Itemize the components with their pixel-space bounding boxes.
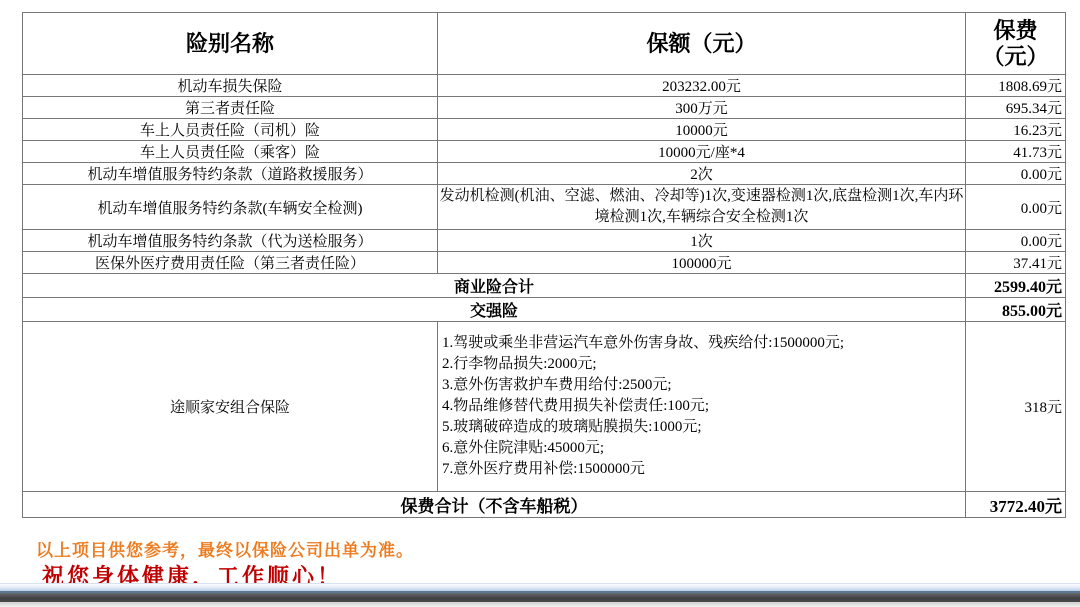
- benefit-item: 6.意外住院津贴:45000元;: [442, 438, 963, 459]
- combo-policy-premium: 318元: [966, 322, 1066, 492]
- risk-name: 车上人员责任险（司机）险: [23, 119, 438, 141]
- premium-value: 0.00元: [966, 185, 1066, 230]
- coverage-amount: 1次: [438, 230, 966, 252]
- premium-value: 37.41元: [966, 252, 1066, 274]
- compulsory-insurance-value: 855.00元: [966, 298, 1066, 322]
- benefit-item: 4.物品维修替代费用损失补偿责任:100元;: [442, 396, 963, 417]
- risk-name: 医保外医疗费用责任险（第三者责任险）: [23, 252, 438, 274]
- coverage-amount: 100000元: [438, 252, 966, 274]
- risk-name: 机动车增值服务特约条款(车辆安全检测): [23, 185, 438, 230]
- table-row: 机动车损失保险 203232.00元 1808.69元: [23, 75, 1066, 97]
- premium-value: 1808.69元: [966, 75, 1066, 97]
- header-risk-name: 险别名称: [23, 13, 438, 75]
- coverage-amount: 300万元: [438, 97, 966, 119]
- header-coverage-amount: 保额（元）: [438, 13, 966, 75]
- premium-value: 16.23元: [966, 119, 1066, 141]
- benefit-item: 3.意外伤害救护车费用给付:2500元;: [442, 375, 963, 396]
- combo-policy-name: 途顺家安组合保险: [23, 322, 438, 492]
- disclaimer-note: 以上项目供您参考，最终以保险公司出单为准。: [36, 536, 414, 561]
- benefit-item: 7.意外医疗费用补偿:1500000元: [442, 459, 963, 480]
- coverage-amount: 203232.00元: [438, 75, 966, 97]
- risk-name: 第三者责任险: [23, 97, 438, 119]
- commercial-subtotal-label: 商业险合计: [23, 274, 966, 298]
- bottom-strip: [0, 602, 1080, 607]
- benefit-item: 1.驾驶或乘坐非营运汽车意外伤害身故、残疾给付:1500000元;: [442, 333, 963, 354]
- compulsory-insurance-row: 交强险 855.00元: [23, 298, 1066, 322]
- risk-name: 车上人员责任险（乘客）险: [23, 141, 438, 163]
- table-row: 车上人员责任险（乘客）险 10000元/座*4 41.73元: [23, 141, 1066, 163]
- coverage-amount: 发动机检测(机油、空滤、燃油、冷却等)1次,变速器检测1次,底盘检测1次,车内环…: [438, 185, 966, 230]
- benefit-item: 5.玻璃破碎造成的玻璃贴膜损失:1000元;: [442, 417, 963, 438]
- commercial-subtotal-row: 商业险合计 2599.40元: [23, 274, 1066, 298]
- table-row: 第三者责任险 300万元 695.34元: [23, 97, 1066, 119]
- combo-policy-benefits: 1.驾驶或乘坐非营运汽车意外伤害身故、残疾给付:1500000元; 2.行李物品…: [438, 322, 966, 492]
- header-premium-line1: 保费: [993, 18, 1037, 43]
- risk-name: 机动车增值服务特约条款（代为送检服务）: [23, 230, 438, 252]
- table-row: 车上人员责任险（司机）险 10000元 16.23元: [23, 119, 1066, 141]
- premium-value: 0.00元: [966, 230, 1066, 252]
- coverage-amount: 10000元/座*4: [438, 141, 966, 163]
- table-row: 机动车增值服务特约条款（道路救援服务） 2次 0.00元: [23, 163, 1066, 185]
- coverage-amount: 2次: [438, 163, 966, 185]
- taskbar-edge: [0, 593, 1080, 602]
- grand-total-label: 保费合计（不含车船税）: [23, 492, 966, 518]
- grand-total-value: 3772.40元: [966, 492, 1066, 518]
- window-bottom-frame: [0, 583, 1080, 593]
- insurance-quote-table: 险别名称 保额（元） 保费（元） 机动车损失保险 203232.00元 1808…: [22, 12, 1066, 518]
- benefit-item: 2.行李物品损失:2000元;: [442, 354, 963, 375]
- coverage-amount: 10000元: [438, 119, 966, 141]
- premium-value: 41.73元: [966, 141, 1066, 163]
- table-header-row: 险别名称 保额（元） 保费（元）: [23, 13, 1066, 75]
- premium-value: 695.34元: [966, 97, 1066, 119]
- risk-name: 机动车增值服务特约条款（道路救援服务）: [23, 163, 438, 185]
- compulsory-insurance-label: 交强险: [23, 298, 966, 322]
- header-premium-line2: （元）: [982, 44, 1048, 69]
- table-row: 机动车增值服务特约条款(车辆安全检测) 发动机检测(机油、空滤、燃油、冷却等)1…: [23, 185, 1066, 230]
- combo-policy-row: 途顺家安组合保险 1.驾驶或乘坐非营运汽车意外伤害身故、残疾给付:1500000…: [23, 322, 1066, 492]
- risk-name: 机动车损失保险: [23, 75, 438, 97]
- premium-value: 0.00元: [966, 163, 1066, 185]
- grand-total-row: 保费合计（不含车船税） 3772.40元: [23, 492, 1066, 518]
- table-row: 医保外医疗费用责任险（第三者责任险） 100000元 37.41元: [23, 252, 1066, 274]
- table-row: 机动车增值服务特约条款（代为送检服务） 1次 0.00元: [23, 230, 1066, 252]
- header-premium: 保费（元）: [966, 13, 1066, 75]
- commercial-subtotal-value: 2599.40元: [966, 274, 1066, 298]
